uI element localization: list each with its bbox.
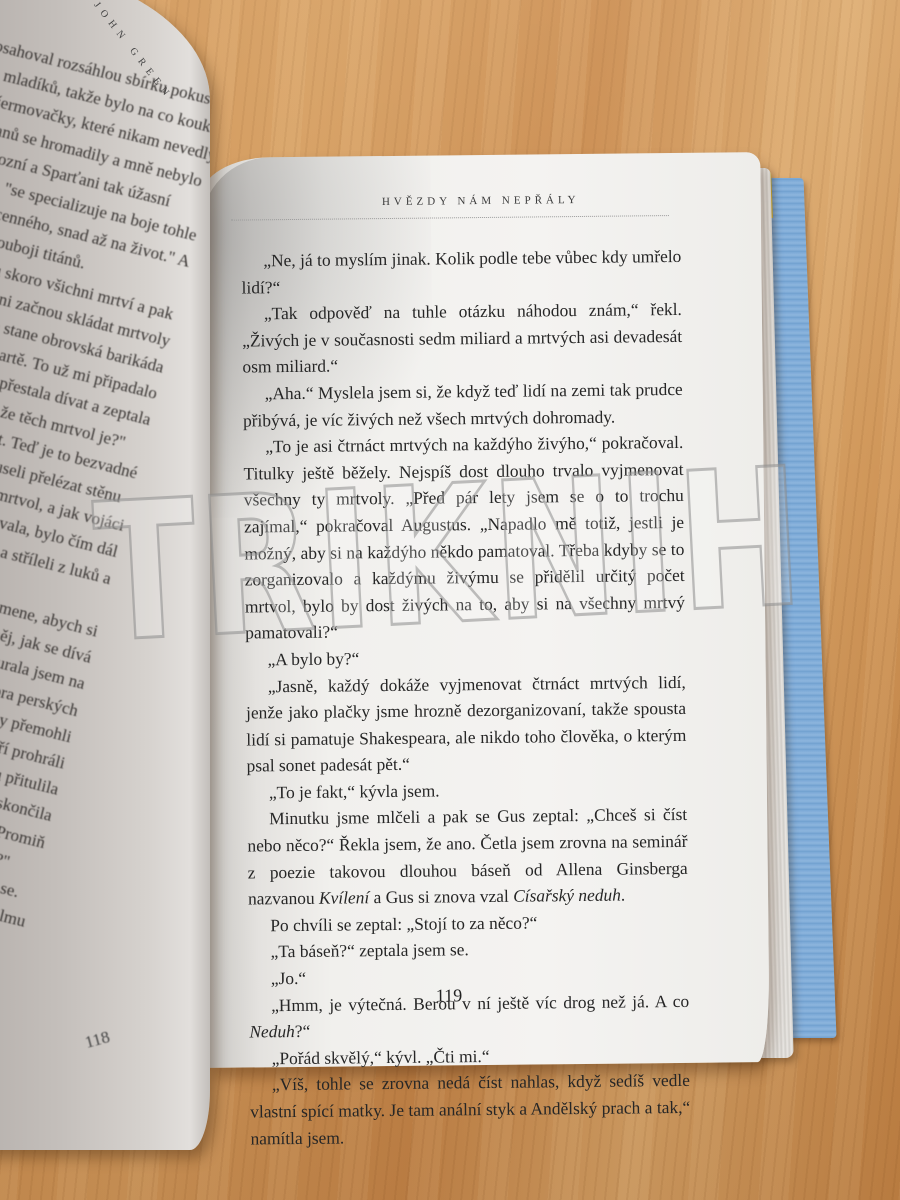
running-head-rule xyxy=(231,215,669,221)
paragraph: „Jasně, každý dokáže vyjmenovat čtrnáct … xyxy=(246,668,687,779)
left-page-body: obsahoval rozsáhlou sbírku pokusůnových … xyxy=(0,30,210,983)
paragraph: „To je asi čtrnáct mrtvých na každýho ži… xyxy=(243,429,685,646)
paragraph: „Tak odpověď na tuhle otázku náhodou zná… xyxy=(242,296,683,380)
text-span: ?“ xyxy=(295,1021,311,1041)
paragraph: „Aha.“ Myslela jsem si, že když teď lidí… xyxy=(243,376,684,434)
book-title-italic: Kvílení xyxy=(319,887,369,908)
right-page-body: „Ne, já to myslím jinak. Kolik podle teb… xyxy=(241,243,690,1152)
right-page: Hvězdy nám nepřály „Ne, já to myslím jin… xyxy=(200,152,769,1068)
left-page-number: 118 xyxy=(83,1027,112,1053)
right-running-head: Hvězdy nám nepřály xyxy=(201,192,761,210)
book-title-italic: Neduh xyxy=(249,1021,295,1041)
left-page: John Green obsahoval rozsáhlou sbírku po… xyxy=(0,0,210,1150)
paragraph: „Víš, tohle se zrovna nedá číst nahlas, … xyxy=(250,1067,691,1151)
paragraph: „Ne, já to myslím jinak. Kolik podle teb… xyxy=(241,243,682,301)
text-span: . xyxy=(621,885,626,905)
book-title-italic: Císařský neduh xyxy=(513,885,621,906)
paragraph: Minutku jsme mlčeli a pak se Gus zeptal:… xyxy=(247,801,688,912)
text-span: a Gus si znova vzal xyxy=(369,886,513,908)
